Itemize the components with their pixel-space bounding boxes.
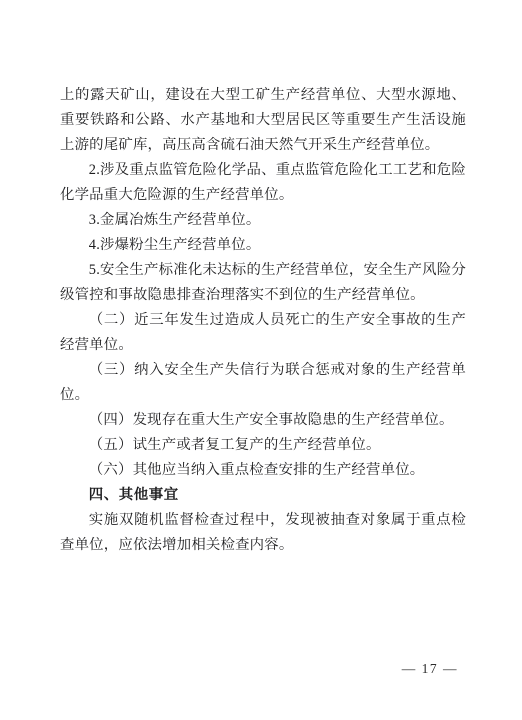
document-body: 上的露天矿山，建设在大型工矿生产经营单位、大型水源地、重要铁路和公路、水产基地和… [60,83,466,558]
list-item-section-3-dishonesty: （三）纳入安全生产失信行为联合惩戒对象的生产经营单位。 [60,358,466,408]
document-page: 上的露天矿山，建设在大型工矿生产经营单位、大型水源地、重要铁路和公路、水产基地和… [0,0,522,720]
page-number: — 17 — [402,661,458,677]
paragraph-continuation-mines: 上的露天矿山，建设在大型工矿生产经营单位、大型水源地、重要铁路和公路、水产基地和… [60,83,466,158]
list-item-4-explosive-dust: 4.涉爆粉尘生产经营单位。 [60,233,466,258]
section-heading-other-matters: 四、其他事宜 [60,483,466,508]
list-item-section-4-major-hazards: （四）发现存在重大生产安全事故隐患的生产经营单位。 [60,408,466,433]
list-item-section-6-other-key-units: （六）其他应当纳入重点检查安排的生产经营单位。 [60,458,466,483]
list-item-section-5-trial-production: （五）试生产或者复工复产的生产经营单位。 [60,433,466,458]
paragraph-closing-random-inspection: 实施双随机监督检查过程中，发现被抽查对象属于重点检查单位，应依法增加相关检查内容… [60,508,466,558]
list-item-5-standardization: 5.安全生产标准化未达标的生产经营单位，安全生产风险分级管控和事故隐患排查治理落… [60,258,466,308]
list-item-section-2-fatal-accidents: （二）近三年发生过造成人员死亡的生产安全事故的生产经营单位。 [60,308,466,358]
list-item-3-metal-smelting: 3.金属冶炼生产经营单位。 [60,208,466,233]
list-item-2-hazardous-chemicals: 2.涉及重点监管危险化学品、重点监管危险化工工艺和危险化学品重大危险源的生产经营… [60,158,466,208]
